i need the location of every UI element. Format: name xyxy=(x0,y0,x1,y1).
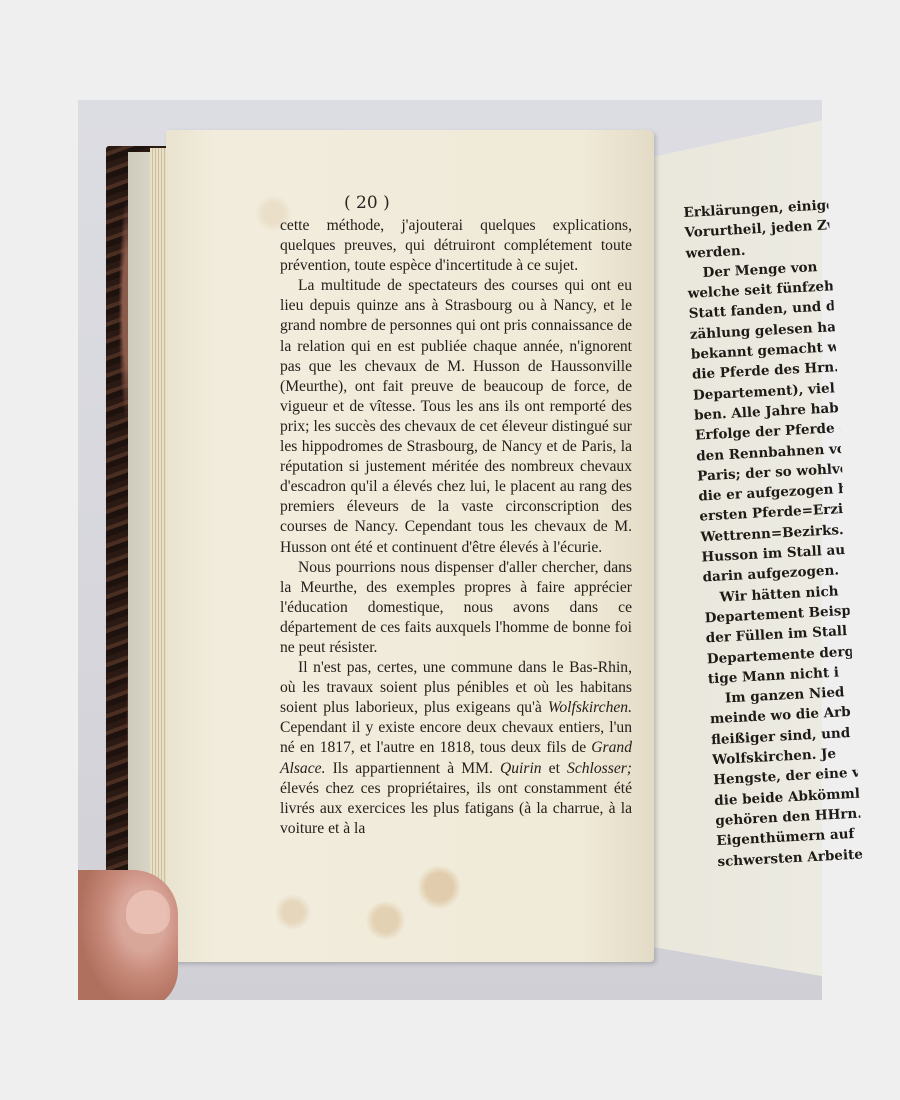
page-number: ( 20 ) xyxy=(344,193,390,213)
text-run: Cependant il y existe encore deux chevau… xyxy=(280,719,632,756)
owner-name-italic: Schlosser; xyxy=(567,760,632,777)
owner-name-italic: Quirin xyxy=(500,760,542,777)
paragraph: La multitude de spectateurs des courses … xyxy=(280,276,632,557)
paragraph: Il n'est pas, certes, une commune dans l… xyxy=(280,658,632,839)
thumb xyxy=(78,870,178,1000)
paragraph: cette méthode, j'ajouterai quelques expl… xyxy=(280,216,632,276)
text-run: et xyxy=(542,760,567,777)
place-name-italic: Wolfskirchen. xyxy=(548,699,632,716)
paragraph: Nous pourrions nous dispenser d'aller ch… xyxy=(280,558,632,658)
text-run: élevés chez ces propriétaires, ils ont c… xyxy=(280,780,632,837)
left-page-text: cette méthode, j'ajouterai quelques expl… xyxy=(280,216,632,839)
text-run: Ils appartiennent à MM. xyxy=(325,760,500,777)
thumbnail-nail xyxy=(126,890,170,934)
